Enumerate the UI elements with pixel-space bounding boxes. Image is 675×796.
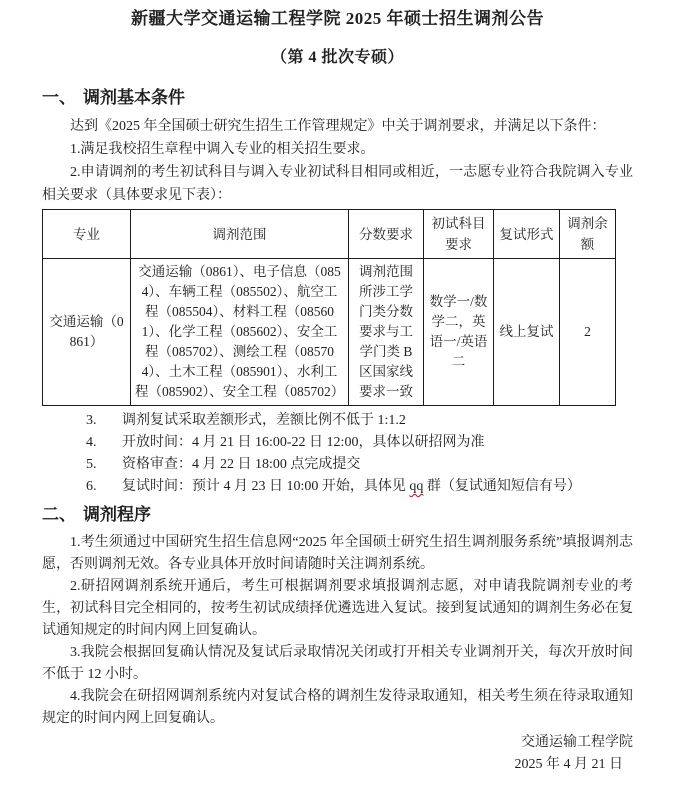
signature-block: 交通运输工程学院 2025 年 4 月 21 日 <box>42 732 633 776</box>
page-title: 新疆大学交通运输工程学院 2025 年硕士招生调剂公告 <box>42 6 633 32</box>
header-cell-score-req: 分数要求 <box>349 210 424 259</box>
section2-heading-text: 调剂程序 <box>83 505 151 524</box>
cell-exam-req: 数学一/数学二，英语一/英语二 <box>424 259 494 406</box>
signature-org: 交通运输工程学院 <box>42 732 633 754</box>
list-item-3-text: 调剂复试采取差额形式，差额比例不低于 1:1.2 <box>122 413 406 428</box>
list-item-6: 6.复试时间：预计 4 月 23 日 10:00 开始，具体见 qq 群（复试通… <box>42 476 633 498</box>
section1-heading-text: 调剂基本条件 <box>83 88 185 107</box>
list-item-6-text-before: 复试时间：预计 4 月 23 日 10:00 开始，具体见 <box>122 479 409 494</box>
section1-heading-number: 一、 <box>42 88 76 107</box>
cell-scope: 交通运输（0861）、电子信息（0854）、车辆工程（085502）、航空工程（… <box>131 259 349 406</box>
transfer-table: 专业 调剂范围 分数要求 初试科目要求 复试形式 调剂余额 交通运输（0861）… <box>42 209 616 406</box>
list-item-5-text: 资格审查：4 月 22 日 18:00 点完成提交 <box>122 457 360 472</box>
list-item-6-number: 6. <box>86 476 122 498</box>
section1-item-1: 1.满足我校招生章程中调入专业的相关招生要求。 <box>42 138 633 161</box>
qq-spellcheck-word: qq <box>409 479 423 494</box>
section1-heading: 一、调剂基本条件 <box>42 85 633 111</box>
page-subtitle: （第 4 批次专硕） <box>42 45 633 71</box>
list-item-3: 3.调剂复试采取差额形式，差额比例不低于 1:1.2 <box>42 410 633 432</box>
list-item-4: 4.开放时间：4 月 21 日 16:00-22 日 12:00，具体以研招网为… <box>42 432 633 454</box>
section2-para-3: 3.我院会根据回复确认情况及复试后录取情况关闭或打开相关专业调剂开关，每次开放时… <box>42 642 633 686</box>
section2-heading: 二、调剂程序 <box>42 502 633 528</box>
document-page: 新疆大学交通运输工程学院 2025 年硕士招生调剂公告 （第 4 批次专硕） 一… <box>0 0 675 776</box>
cell-quota: 2 <box>560 259 616 406</box>
section2-para-2: 2.研招网调剂系统开通后，考生可根据调剂要求填报调剂志愿，对申请我院调剂专业的考… <box>42 576 633 642</box>
header-cell-quota: 调剂余额 <box>560 210 616 259</box>
list-item-6-text-after: 群（复试通知短信有号） <box>423 479 581 494</box>
cell-score-req: 调剂范围所涉工学门类分数要求与工学门类 B 区国家线要求一致 <box>349 259 424 406</box>
transfer-table-header-row: 专业 调剂范围 分数要求 初试科目要求 复试形式 调剂余额 <box>43 210 616 259</box>
list-item-4-number: 4. <box>86 432 122 454</box>
list-item-5: 5.资格审查：4 月 22 日 18:00 点完成提交 <box>42 454 633 476</box>
transfer-table-data-row: 交通运输（0861） 交通运输（0861）、电子信息（0854）、车辆工程（08… <box>43 259 616 406</box>
section1-item-2: 2.申请调剂的考生初试科目与调入专业初试科目相同或相近，一志愿专业符合我院调入专… <box>42 161 633 207</box>
section2-body: 1.考生须通过中国研究生招生信息网“2025 年全国硕士研究生招生调剂服务系统”… <box>42 532 633 730</box>
header-cell-retest-mode: 复试形式 <box>494 210 560 259</box>
header-cell-scope: 调剂范围 <box>131 210 349 259</box>
list-item-3-number: 3. <box>86 410 122 432</box>
section2-heading-number: 二、 <box>42 505 76 524</box>
section2-para-4: 4.我院会在研招网调剂系统内对复试合格的调剂生发待录取通知，相关考生须在待录取通… <box>42 686 633 730</box>
section1-intro: 达到《2025 年全国硕士研究生招生工作管理规定》中关于调剂要求，并满足以下条件… <box>42 115 633 138</box>
cell-retest-mode: 线上复试 <box>494 259 560 406</box>
list-item-5-number: 5. <box>86 454 122 476</box>
signature-date: 2025 年 4 月 21 日 <box>42 754 633 776</box>
header-cell-exam-req: 初试科目要求 <box>424 210 494 259</box>
header-cell-major: 专业 <box>43 210 131 259</box>
section2-para-1: 1.考生须通过中国研究生招生信息网“2025 年全国硕士研究生招生调剂服务系统”… <box>42 532 633 576</box>
list-item-4-text: 开放时间：4 月 21 日 16:00-22 日 12:00，具体以研招网为准 <box>122 435 484 450</box>
section1-body: 达到《2025 年全国硕士研究生招生工作管理规定》中关于调剂要求，并满足以下条件… <box>42 115 633 207</box>
condition-list: 3.调剂复试采取差额形式，差额比例不低于 1:1.2 4.开放时间：4 月 21… <box>42 410 633 498</box>
cell-major: 交通运输（0861） <box>43 259 131 406</box>
